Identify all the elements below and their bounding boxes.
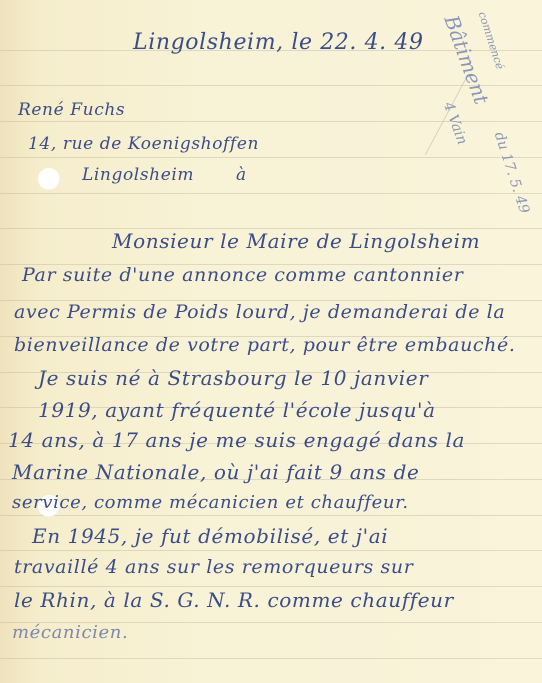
ruled-line xyxy=(0,550,542,551)
letter-page: Lingolsheim, le 22. 4. 49 commencé Bâtim… xyxy=(0,0,542,683)
body-line: En 1945, je fut démobilisé, et j'ai xyxy=(32,524,388,548)
body-line: bienveillance de votre part, pour être e… xyxy=(14,334,515,356)
body-line: le Rhin, à la S. G. N. R. comme chauffeu… xyxy=(14,588,454,612)
body-line: avec Permis de Poids lourd, je demandera… xyxy=(14,301,505,323)
to-marker: à xyxy=(236,165,247,185)
ruled-line xyxy=(0,658,542,659)
ruled-line xyxy=(0,515,542,516)
punch-hole xyxy=(38,168,60,190)
recipient-salutation: Monsieur le Maire de Lingolsheim xyxy=(112,229,480,253)
body-line: Par suite d'une annonce comme cantonnier xyxy=(22,264,463,286)
sender-city: Lingolsheim xyxy=(82,165,194,185)
body-line: travaillé 4 ans sur les remorqueurs sur xyxy=(14,556,413,578)
body-line: mécanicien. xyxy=(12,622,128,643)
margin-annotation-line4: du 17. 5. 49 xyxy=(491,130,532,216)
margin-annotation-line3: 4 Vain xyxy=(440,100,470,147)
body-line: service, comme mécanicien et chauffeur. xyxy=(12,492,409,513)
body-line: 1919, ayant fréquenté l'école jusqu'à xyxy=(38,398,436,422)
ruled-line xyxy=(0,586,542,587)
sender-name: René Fuchs xyxy=(18,100,125,120)
body-line: Marine Nationale, où j'ai fait 9 ans de xyxy=(12,460,419,484)
body-line: Je suis né à Strasbourg le 10 janvier xyxy=(38,366,428,390)
place-date: Lingolsheim, le 22. 4. 49 xyxy=(133,30,424,55)
sender-address: 14, rue de Koenigshoffen xyxy=(28,134,259,154)
body-line: 14 ans, à 17 ans je me suis engagé dans … xyxy=(8,428,465,452)
ruled-line xyxy=(0,193,542,194)
ruled-line xyxy=(0,157,542,158)
